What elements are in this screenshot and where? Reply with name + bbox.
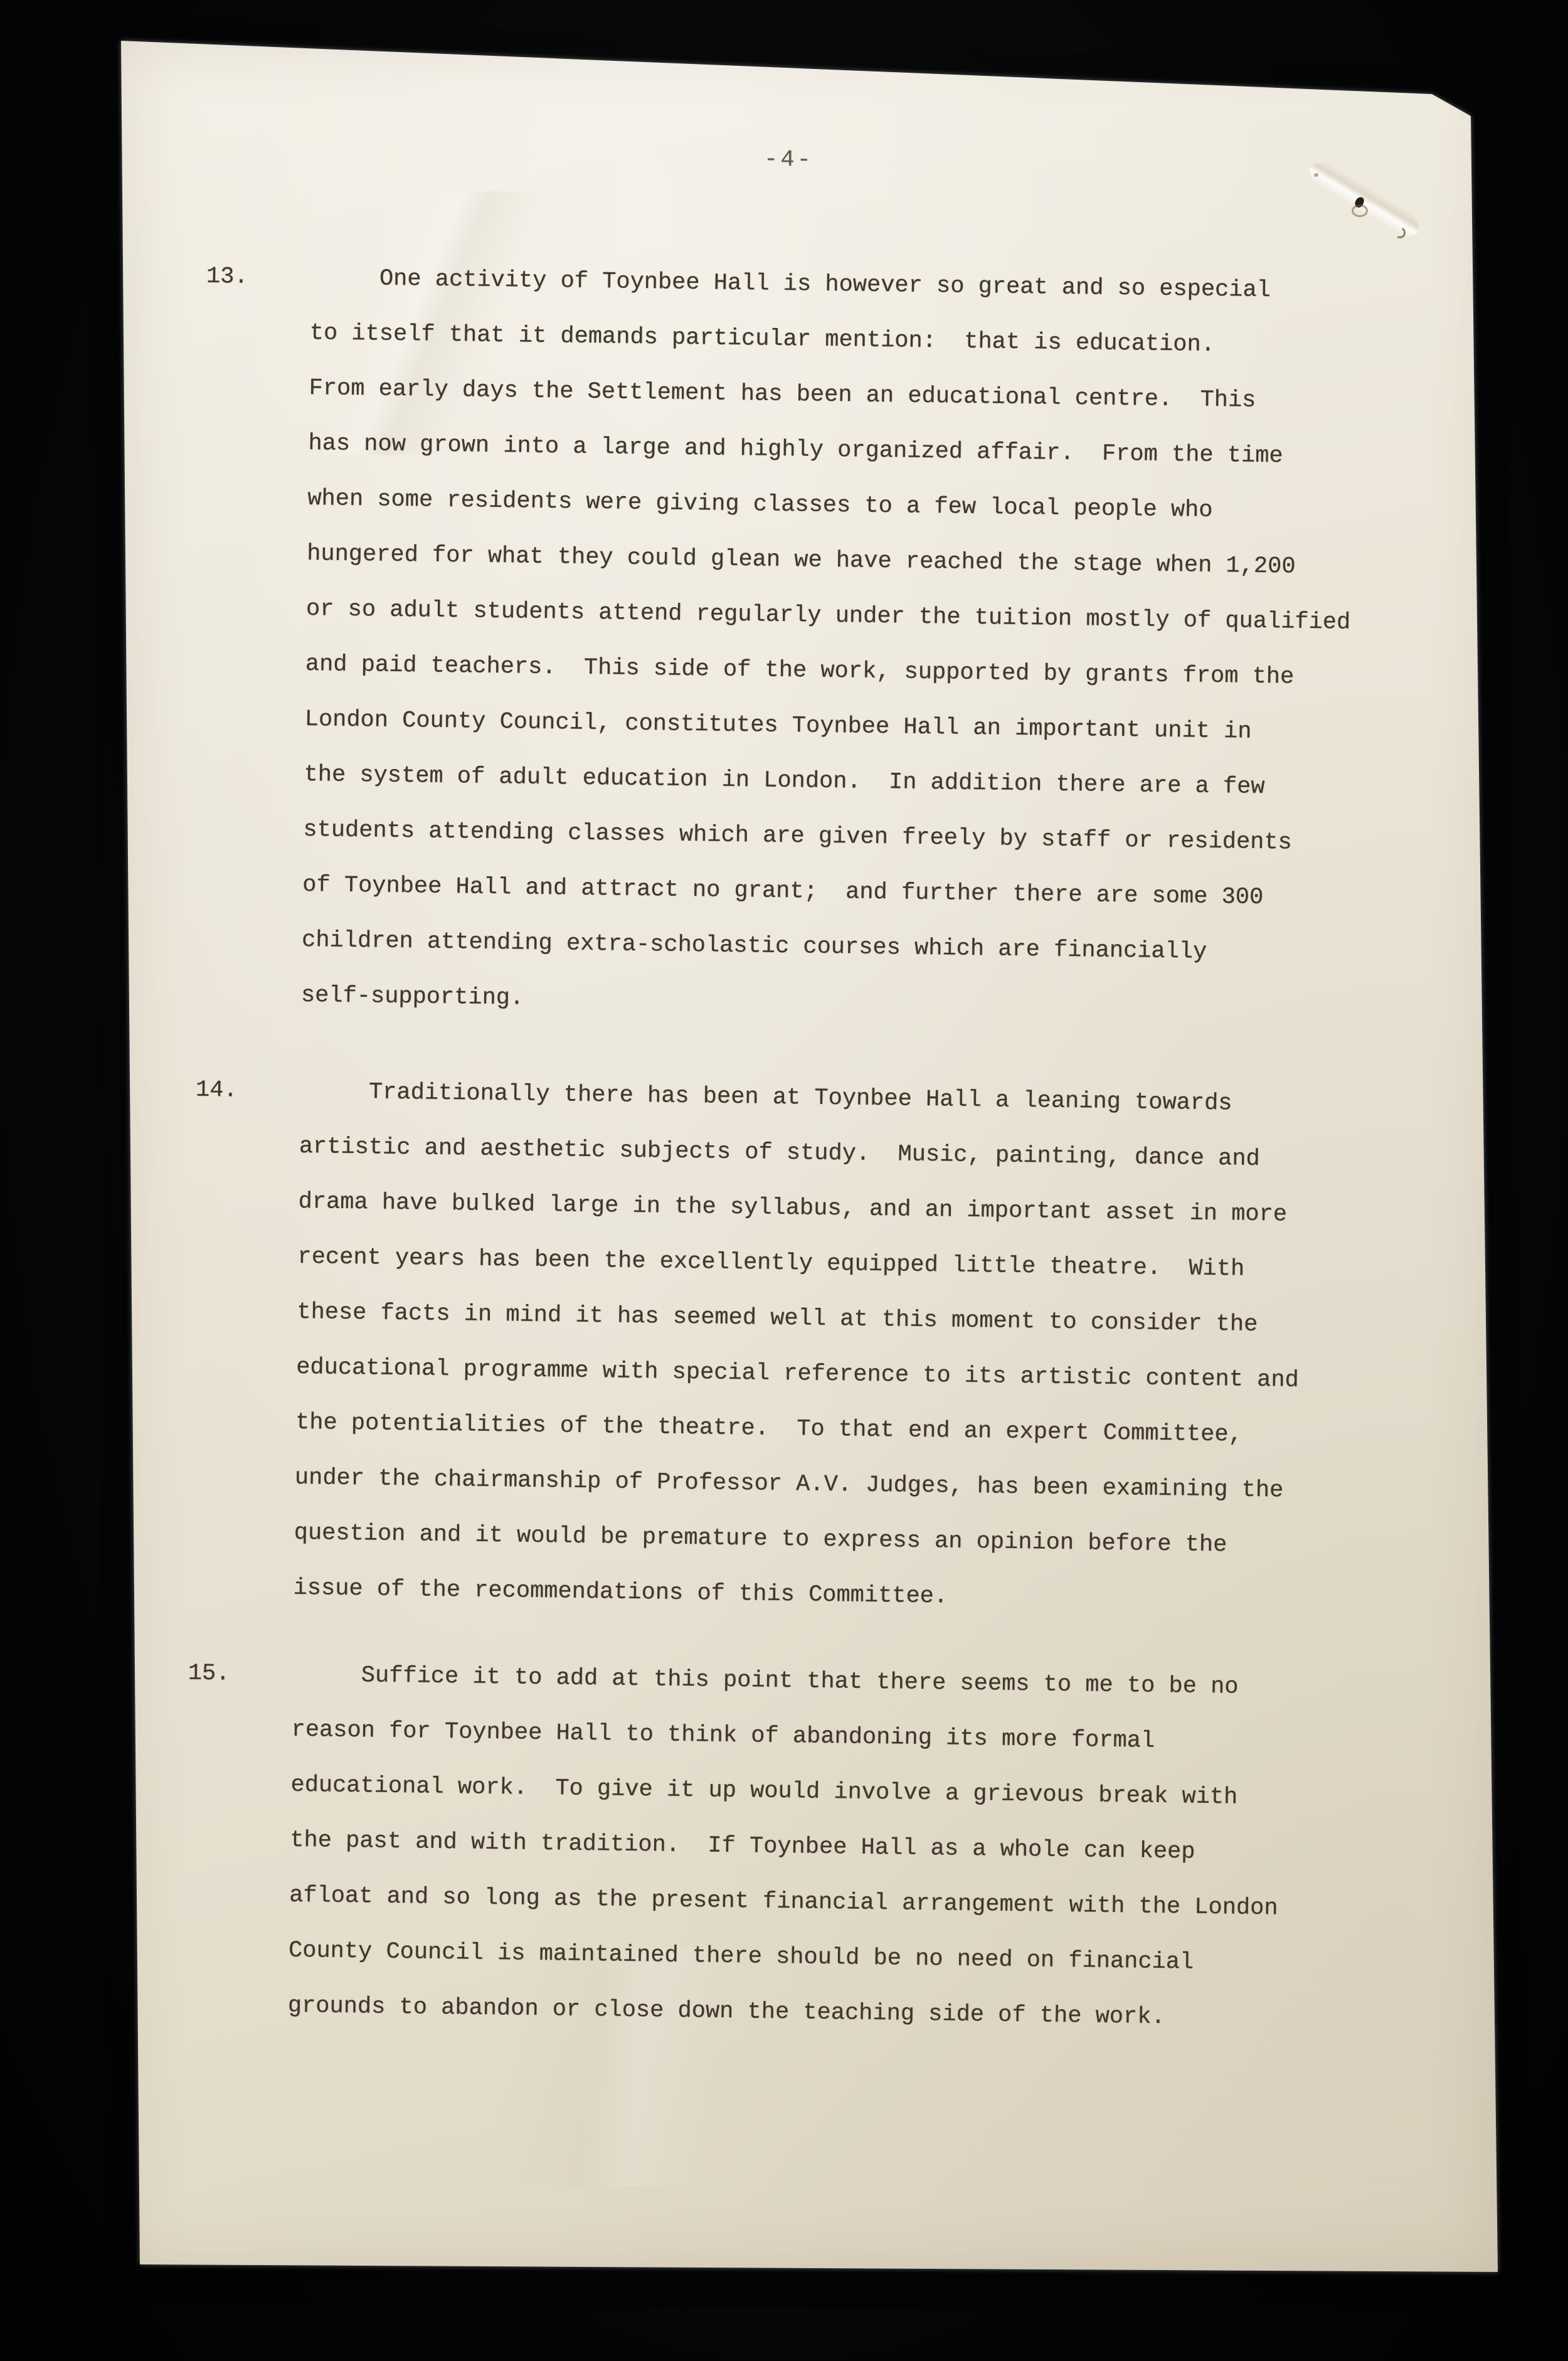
paragraph-15: 15. Suffice it to add at this point that… <box>287 1647 1396 2048</box>
paragraph-number: 13. <box>206 249 282 305</box>
paragraph-number: 15. <box>188 1646 263 1702</box>
page-number: -4- <box>114 138 1463 182</box>
paper-sheet: -4- 13. One activity of Toynbee Hall is … <box>116 34 1499 2277</box>
paragraph-14: 14. Traditionally there has been at Toyn… <box>293 1064 1404 1630</box>
paper-surface: -4- 13. One activity of Toynbee Hall is … <box>116 34 1499 2277</box>
photographed-typewritten-page: { "colors": { "background": "#070707", "… <box>0 0 1568 2361</box>
typed-text-layer: -4- 13. One activity of Toynbee Hall is … <box>87 34 1499 2295</box>
paragraph-13: 13. One activity of Toynbee Hall is howe… <box>300 250 1414 1037</box>
paragraph-number: 14. <box>195 1063 271 1119</box>
